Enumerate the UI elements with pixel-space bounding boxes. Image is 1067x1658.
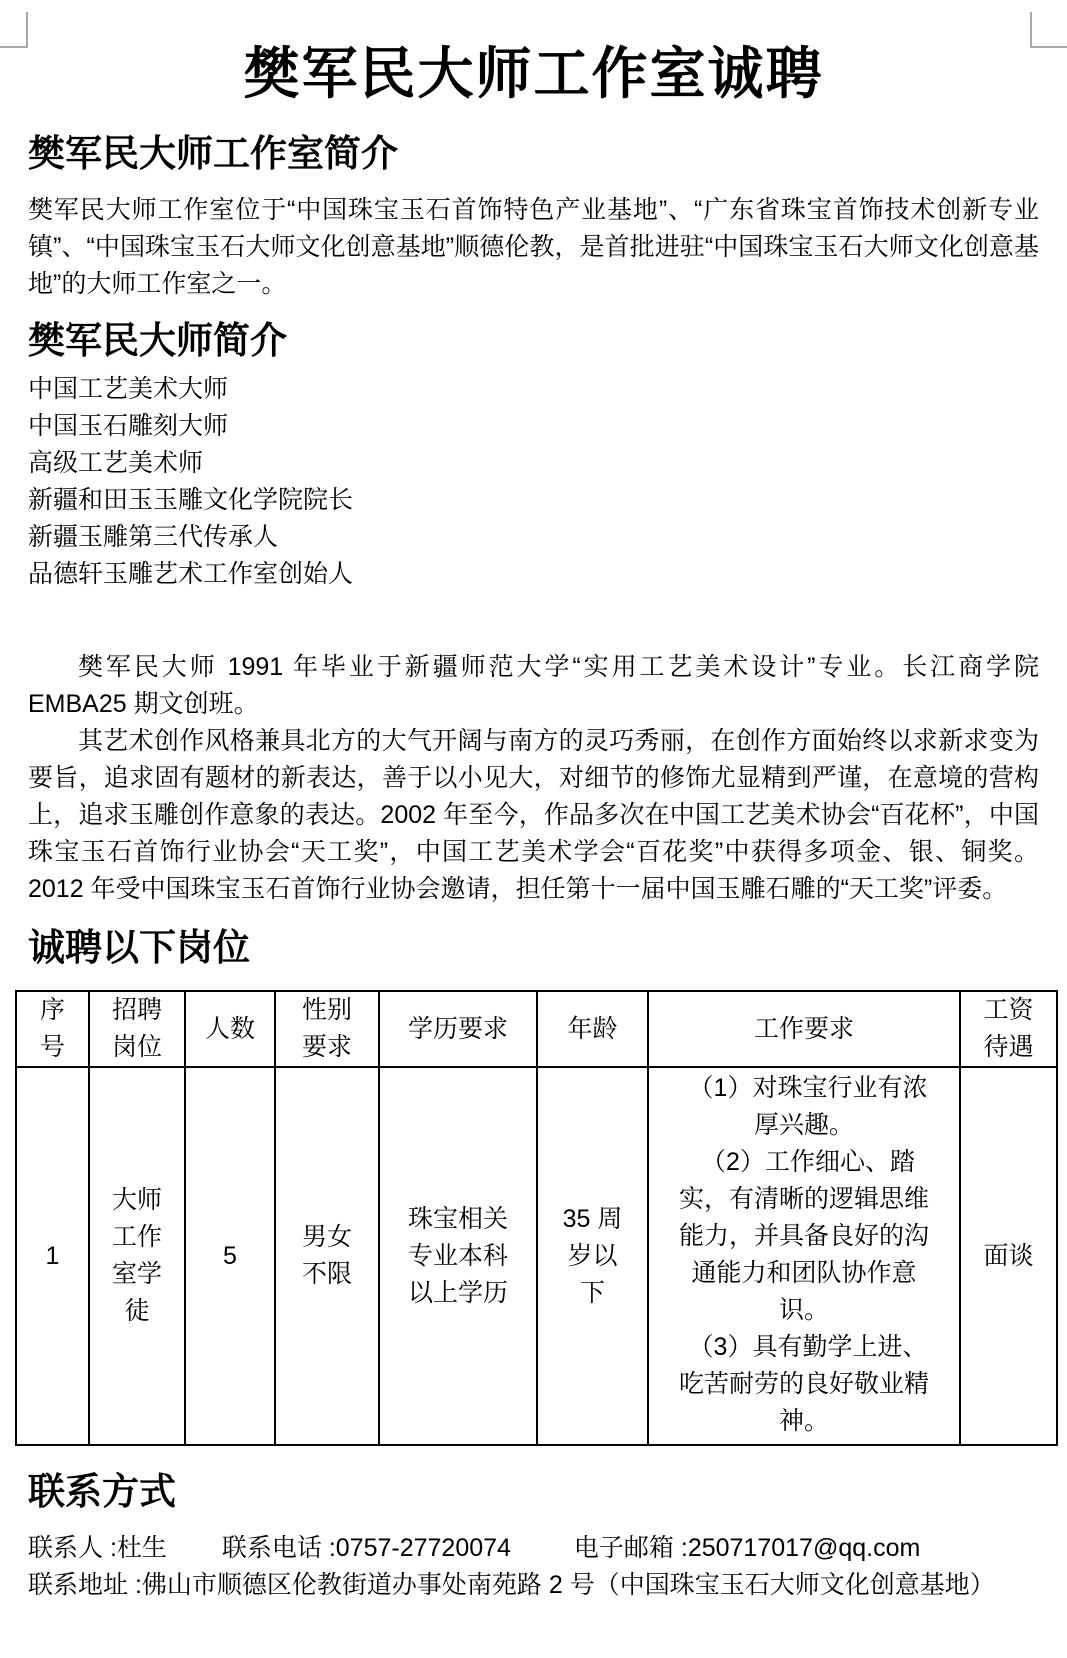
contact-email-label: 电子邮箱 :: [574, 1534, 688, 1562]
master-title-item: 新疆玉雕第三代传承人: [28, 519, 1039, 556]
contact-phone-label: 联系电话 :: [222, 1534, 336, 1562]
contact-address-label: 联系地址 :: [28, 1571, 142, 1599]
studio-intro-heading: 樊军民大师工作室简介: [28, 132, 1039, 176]
page-corner-mark-right: [1030, 12, 1067, 48]
contact-person-value: 杜生: [117, 1534, 167, 1562]
contact-person-label: 联系人 :: [28, 1534, 117, 1562]
page-corner-mark-left: [0, 12, 28, 48]
header-cell-position: 招聘岗位: [89, 991, 185, 1067]
requirement-item: （3）具有勤学上进、吃苦耐劳的良好敬业精神。: [669, 1329, 939, 1440]
cell-age: 35 周岁以下: [537, 1067, 648, 1445]
cell-no: 1: [16, 1067, 89, 1445]
contact-heading: 联系方式: [28, 1470, 1039, 1514]
contact-phone: 联系电话 :0757-27720074: [222, 1530, 511, 1567]
contact-person: 联系人 :杜生: [28, 1530, 167, 1567]
page-title: 樊军民大师工作室诚聘: [28, 0, 1039, 106]
master-title-item: 中国玉石雕刻大师: [28, 408, 1039, 445]
header-cell-age: 年龄: [537, 991, 648, 1067]
cell-position: 大师工作室学徒: [89, 1067, 185, 1445]
requirement-item: （1）对珠宝行业有浓厚兴趣。: [669, 1070, 939, 1144]
master-title-item: 新疆和田玉玉雕文化学院院长: [28, 482, 1039, 519]
table-row: 1 大师工作室学徒 5 男女不限 珠宝相关专业本科以上学历 35 周岁以下 （1…: [16, 1067, 1057, 1445]
header-cell-count: 人数: [185, 991, 275, 1067]
cell-salary: 面谈: [960, 1067, 1057, 1445]
master-titles-list: 中国工艺美术大师 中国玉石雕刻大师 高级工艺美术师 新疆和田玉玉雕文化学院院长 …: [28, 371, 1039, 593]
contact-line: 联系人 :杜生 联系电话 :0757-27720074 电子邮箱 :250717…: [28, 1530, 1039, 1567]
header-cell-requirements: 工作要求: [648, 991, 960, 1067]
master-title-item: 品德轩玉雕艺术工作室创始人: [28, 556, 1039, 593]
cell-requirements: （1）对珠宝行业有浓厚兴趣。 （2）工作细心、踏实，有清晰的逻辑思维能力，并具备…: [648, 1067, 960, 1445]
document-body: 樊军民大师工作室诚聘 樊军民大师工作室简介 樊军民大师工作室位于“中国珠宝玉石首…: [0, 0, 1067, 1604]
contact-phone-value: 0757-27720074: [336, 1534, 511, 1562]
contact-email-value: 250717017@qq.com: [688, 1534, 921, 1562]
header-cell-no: 序号: [16, 991, 89, 1067]
header-cell-salary: 工资待遇: [960, 991, 1057, 1067]
cell-education: 珠宝相关专业本科以上学历: [379, 1067, 537, 1445]
contact-address-line: 联系地址 :佛山市顺德区伦教街道办事处南苑路 2 号（中国珠宝玉石大师文化创意基…: [28, 1567, 1039, 1604]
requirement-item: （2）工作细心、踏实，有清晰的逻辑思维能力，并具备良好的沟通能力和团队协作意识。: [669, 1144, 939, 1329]
header-cell-education: 学历要求: [379, 991, 537, 1067]
master-intro-heading: 樊军民大师简介: [28, 319, 1039, 363]
cell-count: 5: [185, 1067, 275, 1445]
cell-gender: 男女不限: [275, 1067, 379, 1445]
contact-address-value: 佛山市顺德区伦教街道办事处南苑路 2 号（中国珠宝玉石大师文化创意基地）: [142, 1571, 995, 1599]
table-header-row: 序号 招聘岗位 人数 性别要求 学历要求 年龄 工作要求 工资待遇: [16, 991, 1057, 1067]
positions-heading: 诚聘以下岗位: [28, 926, 1039, 970]
master-bio-paragraph-1: 樊军民大师 1991 年毕业于新疆师范大学“实用工艺美术设计”专业。长江商学院 …: [28, 649, 1039, 723]
studio-intro-paragraph: 樊军民大师工作室位于“中国珠宝玉石首饰特色产业基地”、“广东省珠宝首饰技术创新专…: [28, 192, 1039, 303]
master-title-item: 中国工艺美术大师: [28, 371, 1039, 408]
master-title-item: 高级工艺美术师: [28, 445, 1039, 482]
positions-table: 序号 招聘岗位 人数 性别要求 学历要求 年龄 工作要求 工资待遇 1 大师工作…: [15, 990, 1058, 1446]
master-bio-paragraph-2: 其艺术创作风格兼具北方的大气开阔与南方的灵巧秀丽，在创作方面始终以求新求变为要旨…: [28, 723, 1039, 908]
contact-email: 电子邮箱 :250717017@qq.com: [574, 1530, 920, 1567]
header-cell-gender: 性别要求: [275, 991, 379, 1067]
